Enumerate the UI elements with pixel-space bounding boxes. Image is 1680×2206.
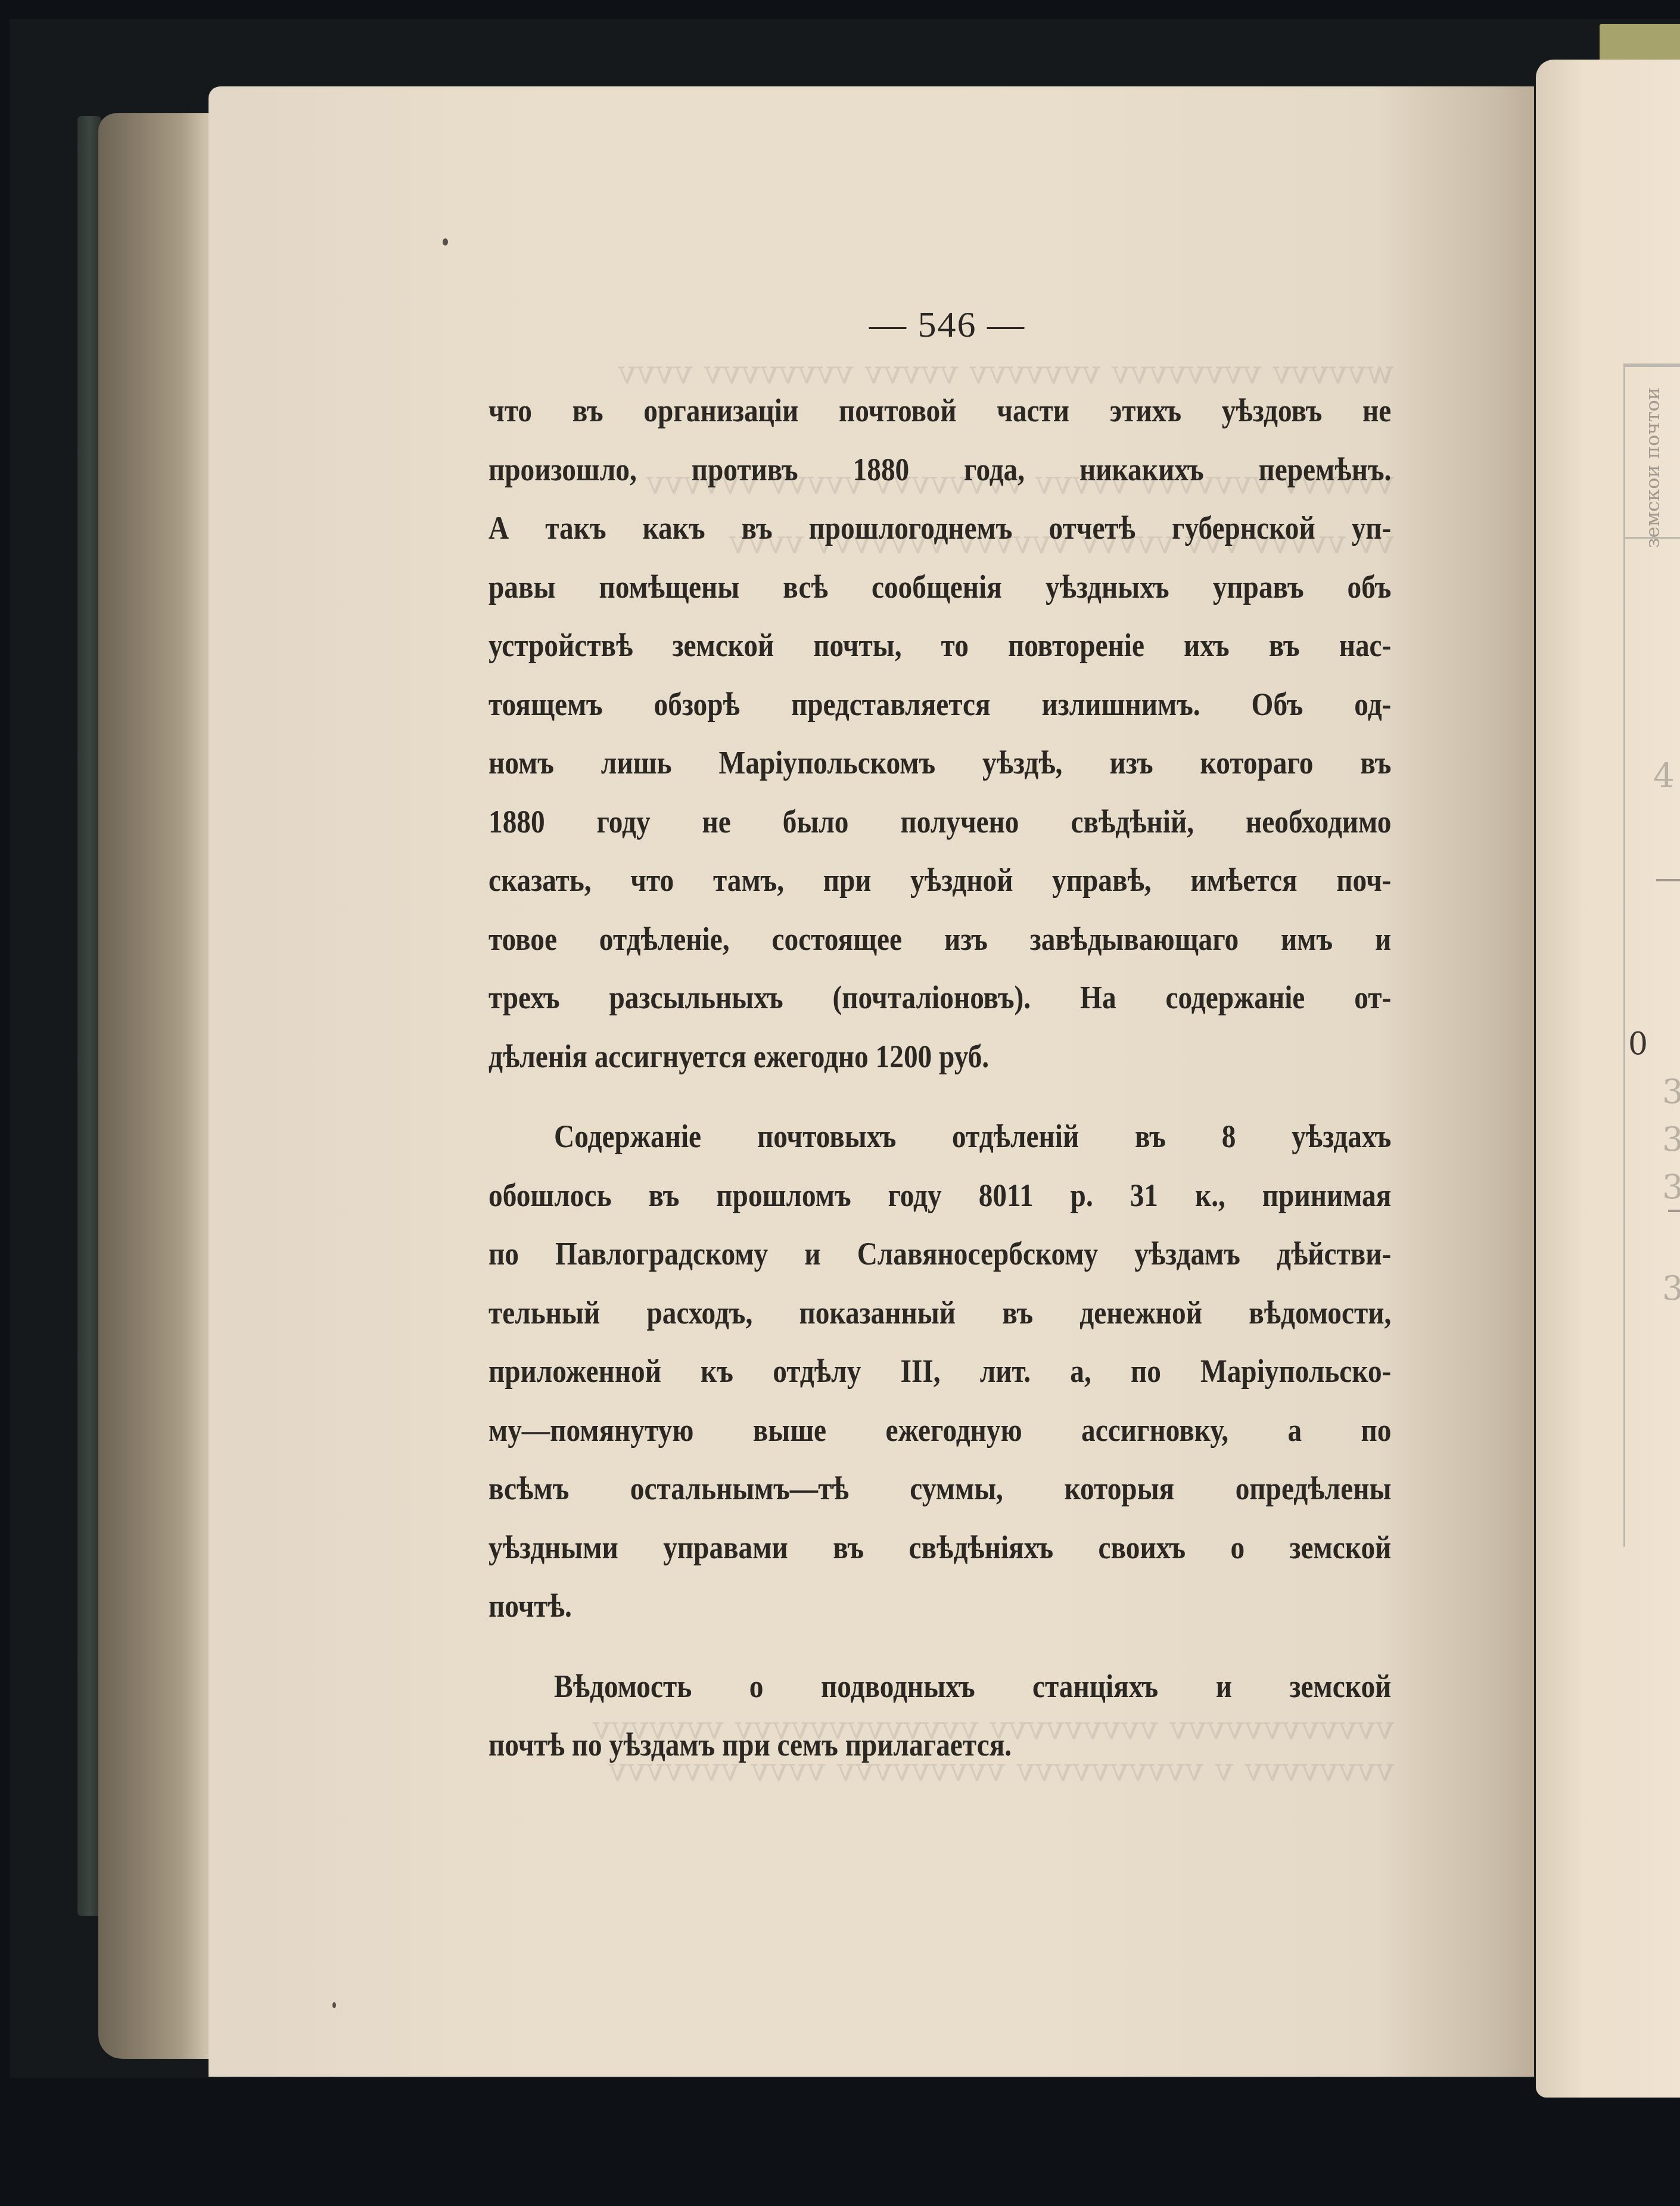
text-line: номъ лишь Маріупольскомъ уѣздѣ, изъ кото…: [489, 734, 1391, 793]
book-spine-edge: [77, 116, 101, 1916]
text-line: А такъ какъ въ прошлогоднемъ отчетѣ губе…: [489, 499, 1391, 558]
text-line: му—помянутую выше ежегодную ассигновку, …: [489, 1401, 1391, 1460]
text-line: Вѣдомость о подводныхъ станціяхъ и земск…: [489, 1657, 1391, 1716]
text-line: товое отдѣленіе, состоящее изъ завѣдываю…: [489, 910, 1391, 969]
bookmark-ribbon: [1600, 24, 1680, 60]
paragraph-spacing: [489, 1086, 1265, 1107]
right-page-value: 3: [1662, 1269, 1680, 1308]
right-page-dash: [1656, 879, 1680, 881]
text-line: сказать, что тамъ, при уѣздной управѣ, и…: [489, 851, 1391, 910]
right-page-rotated-header: земскои почтои: [1641, 387, 1664, 548]
paragraph-3: Вѣдомость о подводныхъ станціяхъ и земск…: [489, 1657, 1265, 1775]
right-page-value: 3: [1662, 1168, 1680, 1207]
text-line: устройствѣ земской почты, то повтореніе …: [489, 616, 1391, 675]
text-line: трехъ разсыльныхъ (почталіоновъ). На сод…: [489, 968, 1391, 1027]
paragraph-2: Содержаніе почтовыхъ отдѣленій въ 8 уѣзд…: [489, 1107, 1265, 1636]
text-line: тельный расходъ, показанный въ денежной …: [489, 1284, 1391, 1343]
paper-speck: [443, 238, 448, 246]
paper-speck: [332, 2002, 336, 2008]
paragraph-spacing: [489, 1636, 1265, 1657]
text-line: дѣленія ассигнуется ежегодно 1200 руб.: [489, 1027, 1391, 1086]
text-line: равы помѣщены всѣ сообщенія уѣздныхъ упр…: [489, 558, 1391, 617]
text-line: почтѣ по уѣздамъ при семъ прилагается.: [489, 1716, 1391, 1775]
right-page-dash: [1668, 1210, 1680, 1212]
right-page-value: 4: [1653, 757, 1675, 796]
text-line: Содержаніе почтовыхъ отдѣленій въ 8 уѣзд…: [489, 1107, 1391, 1166]
text-line: всѣмъ остальнымъ—тѣ суммы, которыя опред…: [489, 1459, 1391, 1518]
right-page-value: 3: [1662, 1120, 1680, 1159]
text-line: уѣздными управами въ свѣдѣніяхъ своихъ о…: [489, 1518, 1391, 1577]
text-line: что въ организаціи почтовой части этихъ …: [489, 381, 1391, 440]
page-stack-edges: [98, 113, 217, 2059]
text-line: обошлось въ прошломъ году 8011 р. 31 к.,…: [489, 1166, 1391, 1225]
text-line: 1880 году не было получено свѣдѣній, нео…: [489, 793, 1391, 852]
text-line: приложенной къ отдѣлу III, лит. а, по Ма…: [489, 1342, 1391, 1401]
text-line: по Павлоградскому и Славяносербскому уѣз…: [489, 1225, 1391, 1284]
page-number: — 546 —: [858, 304, 1037, 346]
right-page-value: 0: [1628, 1026, 1648, 1062]
text-line: почтѣ.: [489, 1577, 1391, 1636]
body-text: что въ организаціи почтовой части этихъ …: [489, 381, 1265, 1775]
text-line: тоящемъ обзорѣ представляется излишнимъ.…: [489, 675, 1391, 734]
right-page-value: 3: [1662, 1073, 1680, 1111]
text-line: произошло, противъ 1880 года, никакихъ п…: [489, 440, 1391, 499]
paragraph-1: что въ организаціи почтовой части этихъ …: [489, 381, 1265, 1086]
